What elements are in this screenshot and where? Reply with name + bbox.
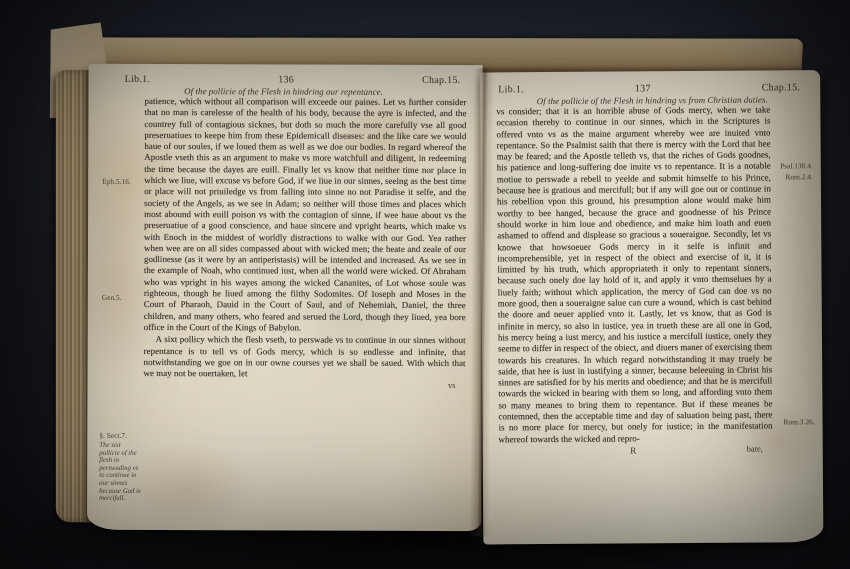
- paragraph: A sixt pollicy which the flesh vseth, to…: [144, 334, 466, 380]
- right-page-header: Lib.1. 137 Chap.15.: [496, 82, 808, 95]
- margin-note-scripture-ref: Rom.2.4.: [786, 173, 813, 182]
- right-body-text: vs consider; that it is an horrible abus…: [496, 104, 772, 459]
- left-chapter-label: Chap.15.: [422, 75, 461, 86]
- catchword: bate,: [747, 444, 763, 453]
- margin-note-scripture-ref: Rom.3.26.: [784, 418, 815, 427]
- signature-mark: R: [630, 445, 636, 455]
- paragraph: patience, which without all comparison w…: [144, 96, 467, 334]
- margin-note-section-summary: The sixt pollicie of the flesh in perswa…: [99, 442, 141, 503]
- right-chapter-label: Chap.15.: [762, 82, 801, 93]
- margin-note-scripture-ref: Gen.5.: [102, 294, 122, 302]
- margin-note-scripture-ref: Psal.130.4.: [780, 162, 813, 171]
- right-book-label: Lib.1.: [498, 84, 524, 95]
- left-book-label: Lib.1.: [125, 74, 151, 85]
- left-body-text: patience, which without all comparison w…: [143, 96, 466, 395]
- catchword: vs: [448, 381, 455, 390]
- left-page-header: Lib.1. 136 Chap.15.: [101, 74, 467, 86]
- right-page: Lib.1. 137 Chap.15. Of the pollicie of t…: [480, 70, 823, 544]
- margin-note-scripture-ref: Eph.5.16.: [102, 178, 131, 187]
- photograph-background: Lib.1. 136 Chap.15. Of the pollicie of t…: [0, 0, 850, 569]
- right-page-footer: R bate,: [499, 444, 773, 459]
- paragraph: vs consider; that it is an horrible abus…: [496, 104, 772, 445]
- left-margin-column: Eph.5.16. Gen.5. §. Sect.7. The sixt pol…: [99, 96, 144, 394]
- left-page: Lib.1. 136 Chap.15. Of the pollicie of t…: [87, 64, 483, 531]
- right-margin-column: Psal.130.4. Rom.2.4. Rom.3.26.: [770, 104, 810, 457]
- open-antique-book: Lib.1. 136 Chap.15. Of the pollicie of t…: [47, 18, 818, 546]
- left-page-number: 136: [278, 74, 294, 85]
- margin-note-section-mark: §. Sect.7.: [99, 432, 127, 441]
- right-page-number: 137: [635, 83, 651, 94]
- left-page-footer: vs: [143, 380, 465, 394]
